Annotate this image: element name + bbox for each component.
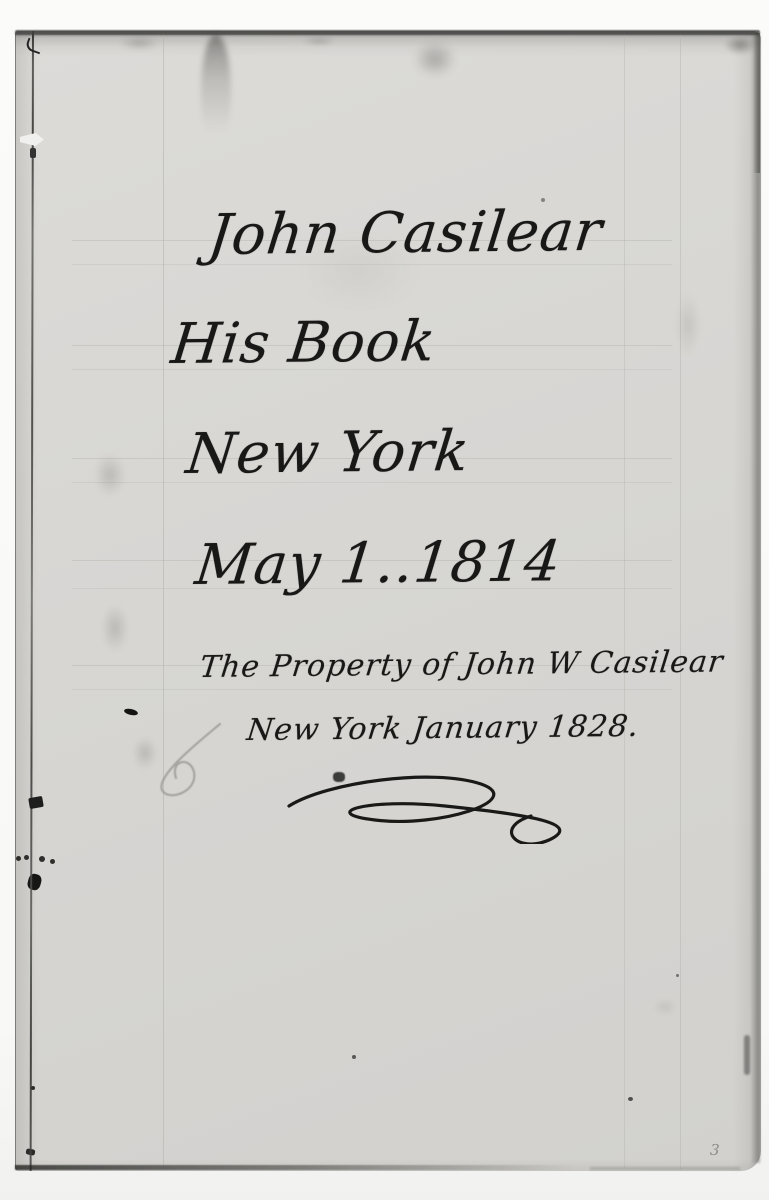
inscription-city-date-2: New York January 1828.: [245, 709, 641, 748]
ruled-column-line: [624, 33, 625, 1169]
paper-stain: [648, 995, 682, 1019]
calligraphic-flourish: [283, 766, 588, 844]
page-right-edge: [751, 33, 760, 1163]
stitch-knot: [30, 148, 36, 158]
pencil-doodle: [148, 718, 238, 803]
paper-stain: [670, 280, 706, 370]
inscription-date: May 1..1814: [192, 529, 565, 598]
ruled-column-line: [680, 33, 681, 1169]
ink-speck: [16, 856, 21, 861]
scanned-manuscript-page: John Casilear His Book New York May 1..1…: [0, 0, 769, 1200]
ruled-column-line: [163, 33, 164, 1169]
ink-smudge: [406, 35, 464, 83]
page-bottom-edge: [15, 1165, 575, 1170]
ink-smudge: [296, 34, 342, 48]
page-right-edge-dark: [753, 33, 760, 173]
ink-speck: [628, 1097, 633, 1101]
page-number: 3: [710, 1141, 720, 1159]
inscription-owner-name: John Casilear: [205, 199, 606, 268]
ink-drip: [201, 34, 231, 149]
ink-speck: [50, 859, 55, 864]
inscription-his-book: His Book: [168, 309, 439, 377]
page-bottom-edge-faint: [590, 1167, 740, 1170]
page-edge-nick: [744, 1035, 750, 1075]
paper-stain: [88, 445, 132, 505]
page-top-edge: [15, 30, 760, 35]
ink-speck: [24, 855, 29, 860]
ink-speck: [39, 856, 45, 862]
inscription-property-of: The Property of John W Casilear: [198, 645, 725, 685]
ink-speck: [352, 1055, 356, 1059]
ink-smudge: [112, 34, 167, 52]
paper-stain: [96, 595, 134, 661]
inscription-city: New York: [183, 419, 473, 487]
ink-speck: [676, 974, 679, 977]
ruled-line: [72, 689, 672, 690]
